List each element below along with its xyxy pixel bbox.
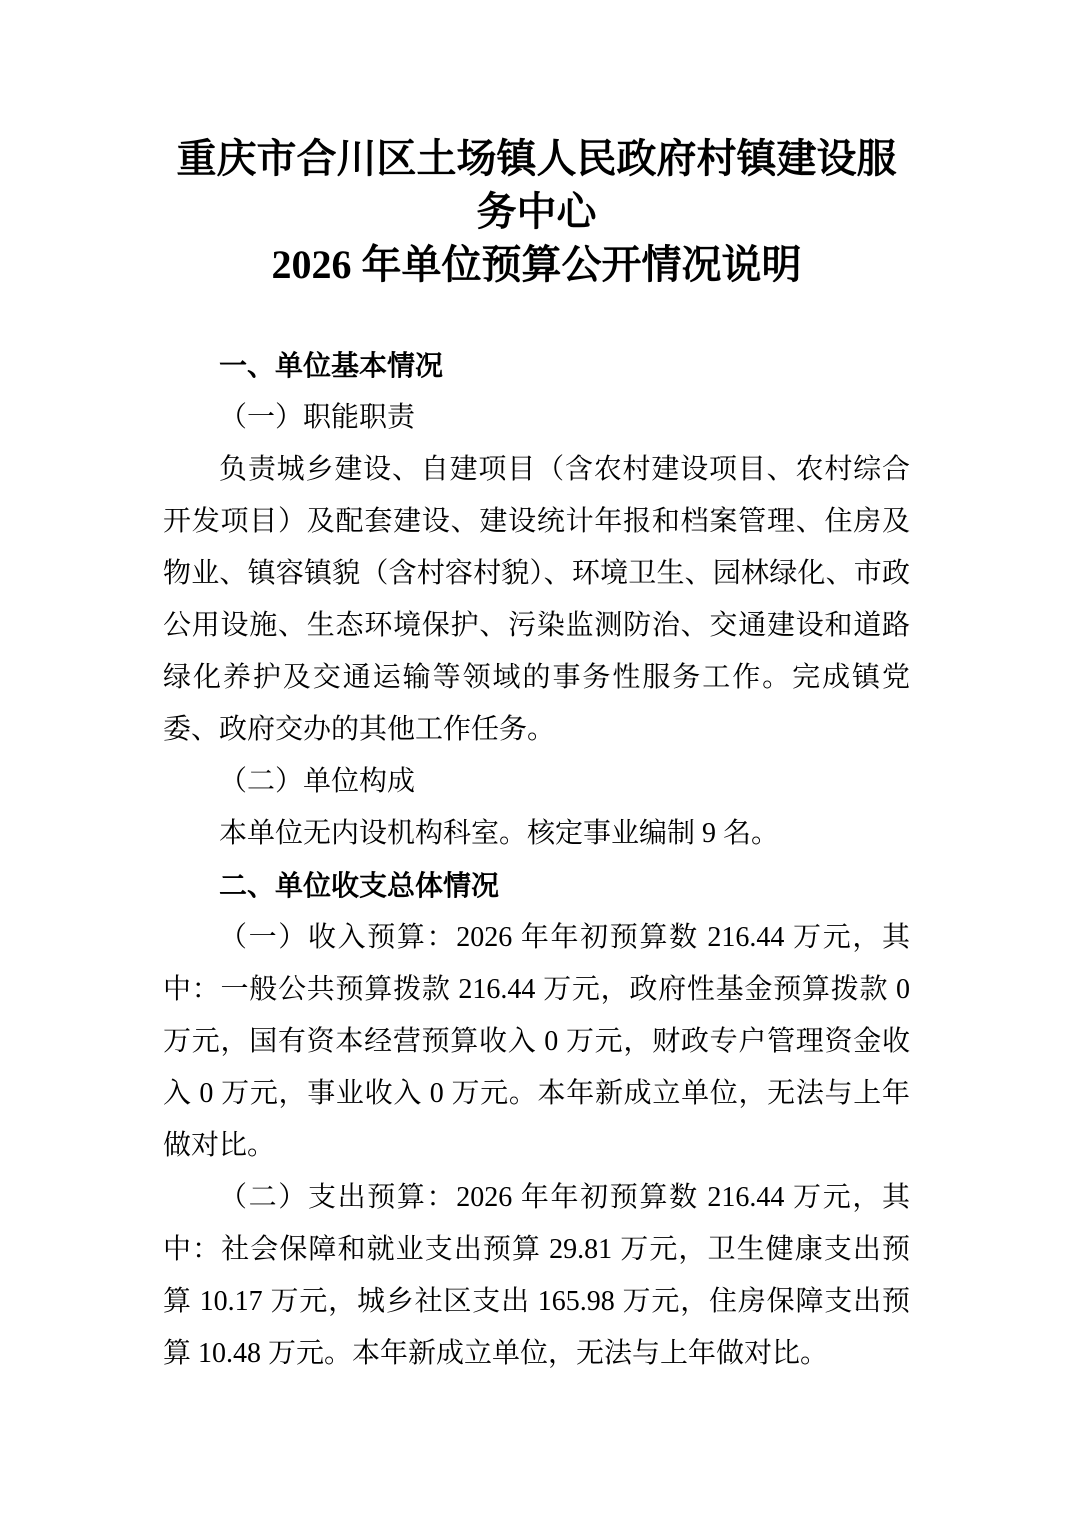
paragraph-composition: 本单位无内设机构科室。核定事业编制 9 名。 xyxy=(163,808,910,860)
paragraph-revenue-budget: （一）收入预算：2026 年年初预算数 216.44 万元，其中：一般公共预算拨… xyxy=(163,912,910,1172)
paragraph-expenditure-budget: （二）支出预算：2026 年年初预算数 216.44 万元，其中：社会保障和就业… xyxy=(163,1172,910,1380)
paragraph-duties: 负责城乡建设、自建项目（含农村建设项目、农村综合开发项目）及配套建设、建设统计年… xyxy=(163,444,910,756)
section-heading-basic-info: 一、单位基本情况 xyxy=(163,340,910,392)
subsection-heading-duties: （一）职能职责 xyxy=(163,392,910,444)
document-page: 重庆市合川区土场镇人民政府村镇建设服务中心 2026 年单位预算公开情况说明 一… xyxy=(0,0,1074,1520)
document-title: 重庆市合川区土场镇人民政府村镇建设服务中心 xyxy=(163,132,910,238)
document-body: 一、单位基本情况 （一）职能职责 负责城乡建设、自建项目（含农村建设项目、农村综… xyxy=(163,340,910,1380)
document-content: 重庆市合川区土场镇人民政府村镇建设服务中心 2026 年单位预算公开情况说明 一… xyxy=(163,0,910,1380)
subsection-heading-composition: （二）单位构成 xyxy=(163,756,910,808)
document-subtitle: 2026 年单位预算公开情况说明 xyxy=(163,238,910,291)
document-title-block: 重庆市合川区土场镇人民政府村镇建设服务中心 2026 年单位预算公开情况说明 xyxy=(163,132,910,291)
section-heading-revenue-expenditure: 二、单位收支总体情况 xyxy=(163,860,910,912)
